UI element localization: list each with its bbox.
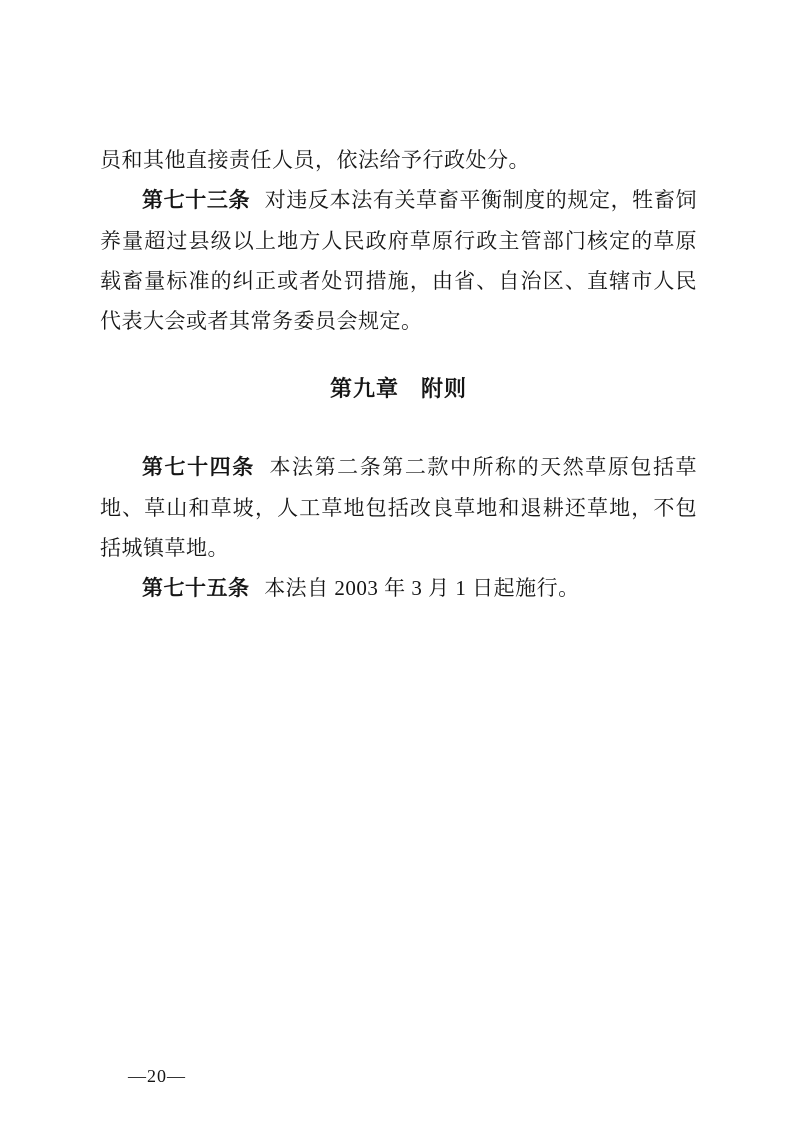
article-73-paragraph: 第七十三条对违反本法有关草畜平衡制度的规定，牲畜饲养量超过县级以上地方人民政府草… xyxy=(100,180,697,341)
chapter-heading: 第九章附则 xyxy=(100,369,697,409)
article-75-paragraph: 第七十五条本法自 2003 年 3 月 1 日起施行。 xyxy=(100,568,697,609)
article-74-paragraph: 第七十四条本法第二条第二款中所称的天然草原包括草地、草山和草坡，人工草地包括改良… xyxy=(100,447,697,568)
article-75-text: 本法自 2003 年 3 月 1 日起施行。 xyxy=(264,576,580,600)
document-page: 员和其他直接责任人员，依法给予行政处分。 第七十三条对违反本法有关草畜平衡制度的… xyxy=(0,0,793,1122)
paragraph-continuation: 员和其他直接责任人员，依法给予行政处分。 xyxy=(100,140,697,180)
article-73-number: 第七十三条 xyxy=(142,189,250,212)
document-body: 员和其他直接责任人员，依法给予行政处分。 第七十三条对违反本法有关草畜平衡制度的… xyxy=(100,140,697,609)
article-75-number: 第七十五条 xyxy=(142,577,250,600)
page-number: —20— xyxy=(128,1066,186,1087)
article-74-number: 第七十四条 xyxy=(142,456,255,479)
chapter-title: 附则 xyxy=(421,376,467,401)
chapter-number: 第九章 xyxy=(330,376,399,401)
